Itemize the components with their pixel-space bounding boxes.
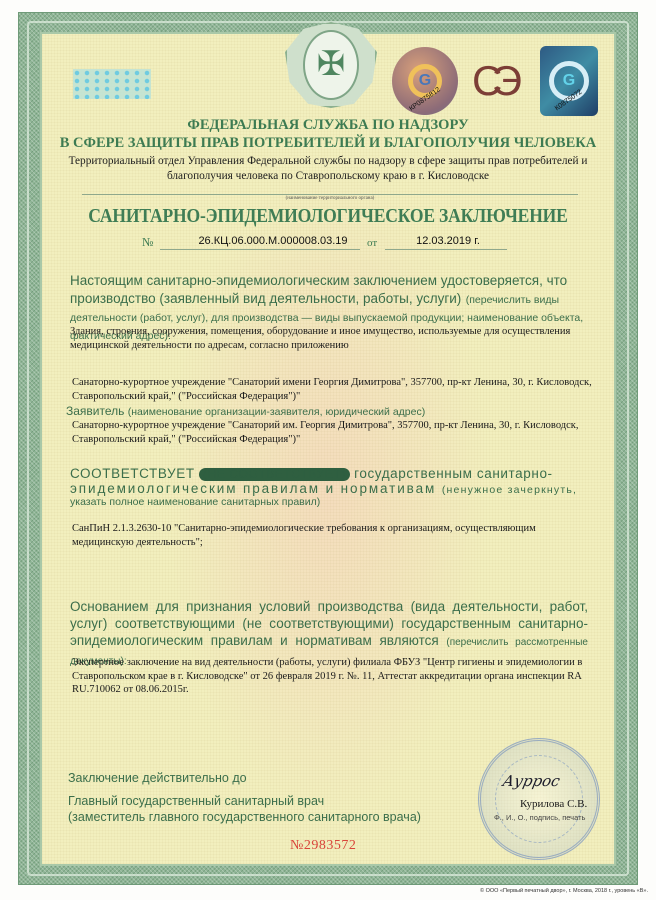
conformity-note-b: указать полное наименование санитарных п… <box>70 496 588 508</box>
applicant-value: Санаторно-курортное учреждение "Санатори… <box>72 419 602 446</box>
agency-title-line1: ФЕДЕРАЛЬНАЯ СЛУЖБА ПО НАДЗОРУ <box>40 117 616 134</box>
chief-deputy: (заместитель главного государственного с… <box>68 809 448 825</box>
conformity-text-b: эпидемиологическим правилам и нормативам <box>70 481 436 496</box>
date-underline <box>385 249 507 250</box>
territorial-caption: (наименование территориального органа) <box>82 196 578 201</box>
applicant-label-text: Заявитель <box>66 404 124 418</box>
chief-title: Главный государственный санитарный врач <box>68 793 448 809</box>
divider <box>82 194 578 195</box>
applicant-label: Заявитель (наименование организации-заяв… <box>66 404 586 418</box>
number-label: № <box>142 235 153 250</box>
hologram-strip-icon <box>73 69 151 99</box>
conformity-statement: СООТВЕТСТВУЕТ (НЕ СООТВЕТСТВУЕТ) государ… <box>70 466 588 508</box>
ce-logo-icon: СЭ <box>472 58 542 104</box>
document-date: 12.03.2019 г. <box>390 235 506 247</box>
document-title: САНИТАРНО-ЭПИДЕМИОЛОГИЧЕСКОЕ ЗАКЛЮЧЕНИЕ <box>69 206 587 228</box>
valid-until: Заключение действительно до <box>68 771 247 785</box>
number-underline <box>160 249 360 250</box>
sanitary-rules: СанПиН 2.1.3.2630-10 "Санитарно-эпидемио… <box>72 522 592 549</box>
basis-documents: Экспертное заключение на вид деятельност… <box>72 656 592 697</box>
eagle-emblem-icon: ✠ <box>303 30 359 100</box>
signer-name: Курилова С.В. <box>520 798 587 810</box>
form-serial-number: №2983572 <box>290 838 356 854</box>
conformity-status: СООТВЕТСТВУЕТ <box>70 466 195 481</box>
conformity-text-a: государственным санитарно- <box>354 466 553 481</box>
conformity-note-a: (ненужное зачеркнуть, <box>442 484 577 496</box>
signer-caption: Ф., И., О., подпись, печать <box>494 813 585 822</box>
printer-imprint: © ООО «Первый печатный двор», г. Москва,… <box>480 888 648 894</box>
document-number: 26.КЦ.06.000.М.000008.03.19 <box>182 235 364 247</box>
struck-out-text: (НЕ СООТВЕТСТВУЕТ) <box>199 468 350 481</box>
object-description: Здания, строения, сооружения, помещения,… <box>70 325 592 352</box>
facility-address: Санаторно-курортное учреждение "Санатори… <box>72 376 592 403</box>
sgr-hologram-square-icon: G К0875072 <box>540 46 598 116</box>
agency-title-line2: В СФЕРЕ ЗАЩИТЫ ПРАВ ПОТРЕБИТЕЛЕЙ И БЛАГО… <box>40 135 616 152</box>
conformity-line2: эпидемиологическим правилам и нормативам… <box>70 481 588 496</box>
applicant-label-note: (наименование организации-заявителя, юри… <box>128 406 425 418</box>
signature: Ауррос <box>501 772 585 790</box>
date-label: от <box>367 237 377 249</box>
document-number-row: № 26.КЦ.06.000.М.000008.03.19 от 12.03.2… <box>60 235 600 253</box>
conformity-line1: СООТВЕТСТВУЕТ (НЕ СООТВЕТСТВУЕТ) государ… <box>70 466 588 481</box>
territorial-body: Территориальный отдел Управления Федерал… <box>62 154 594 184</box>
sgr-hologram-circle-icon: G КР0875812 <box>392 47 458 115</box>
chief-doctor-block: Главный государственный санитарный врач … <box>68 793 448 825</box>
valid-until-label: Заключение действительно до <box>68 771 247 785</box>
